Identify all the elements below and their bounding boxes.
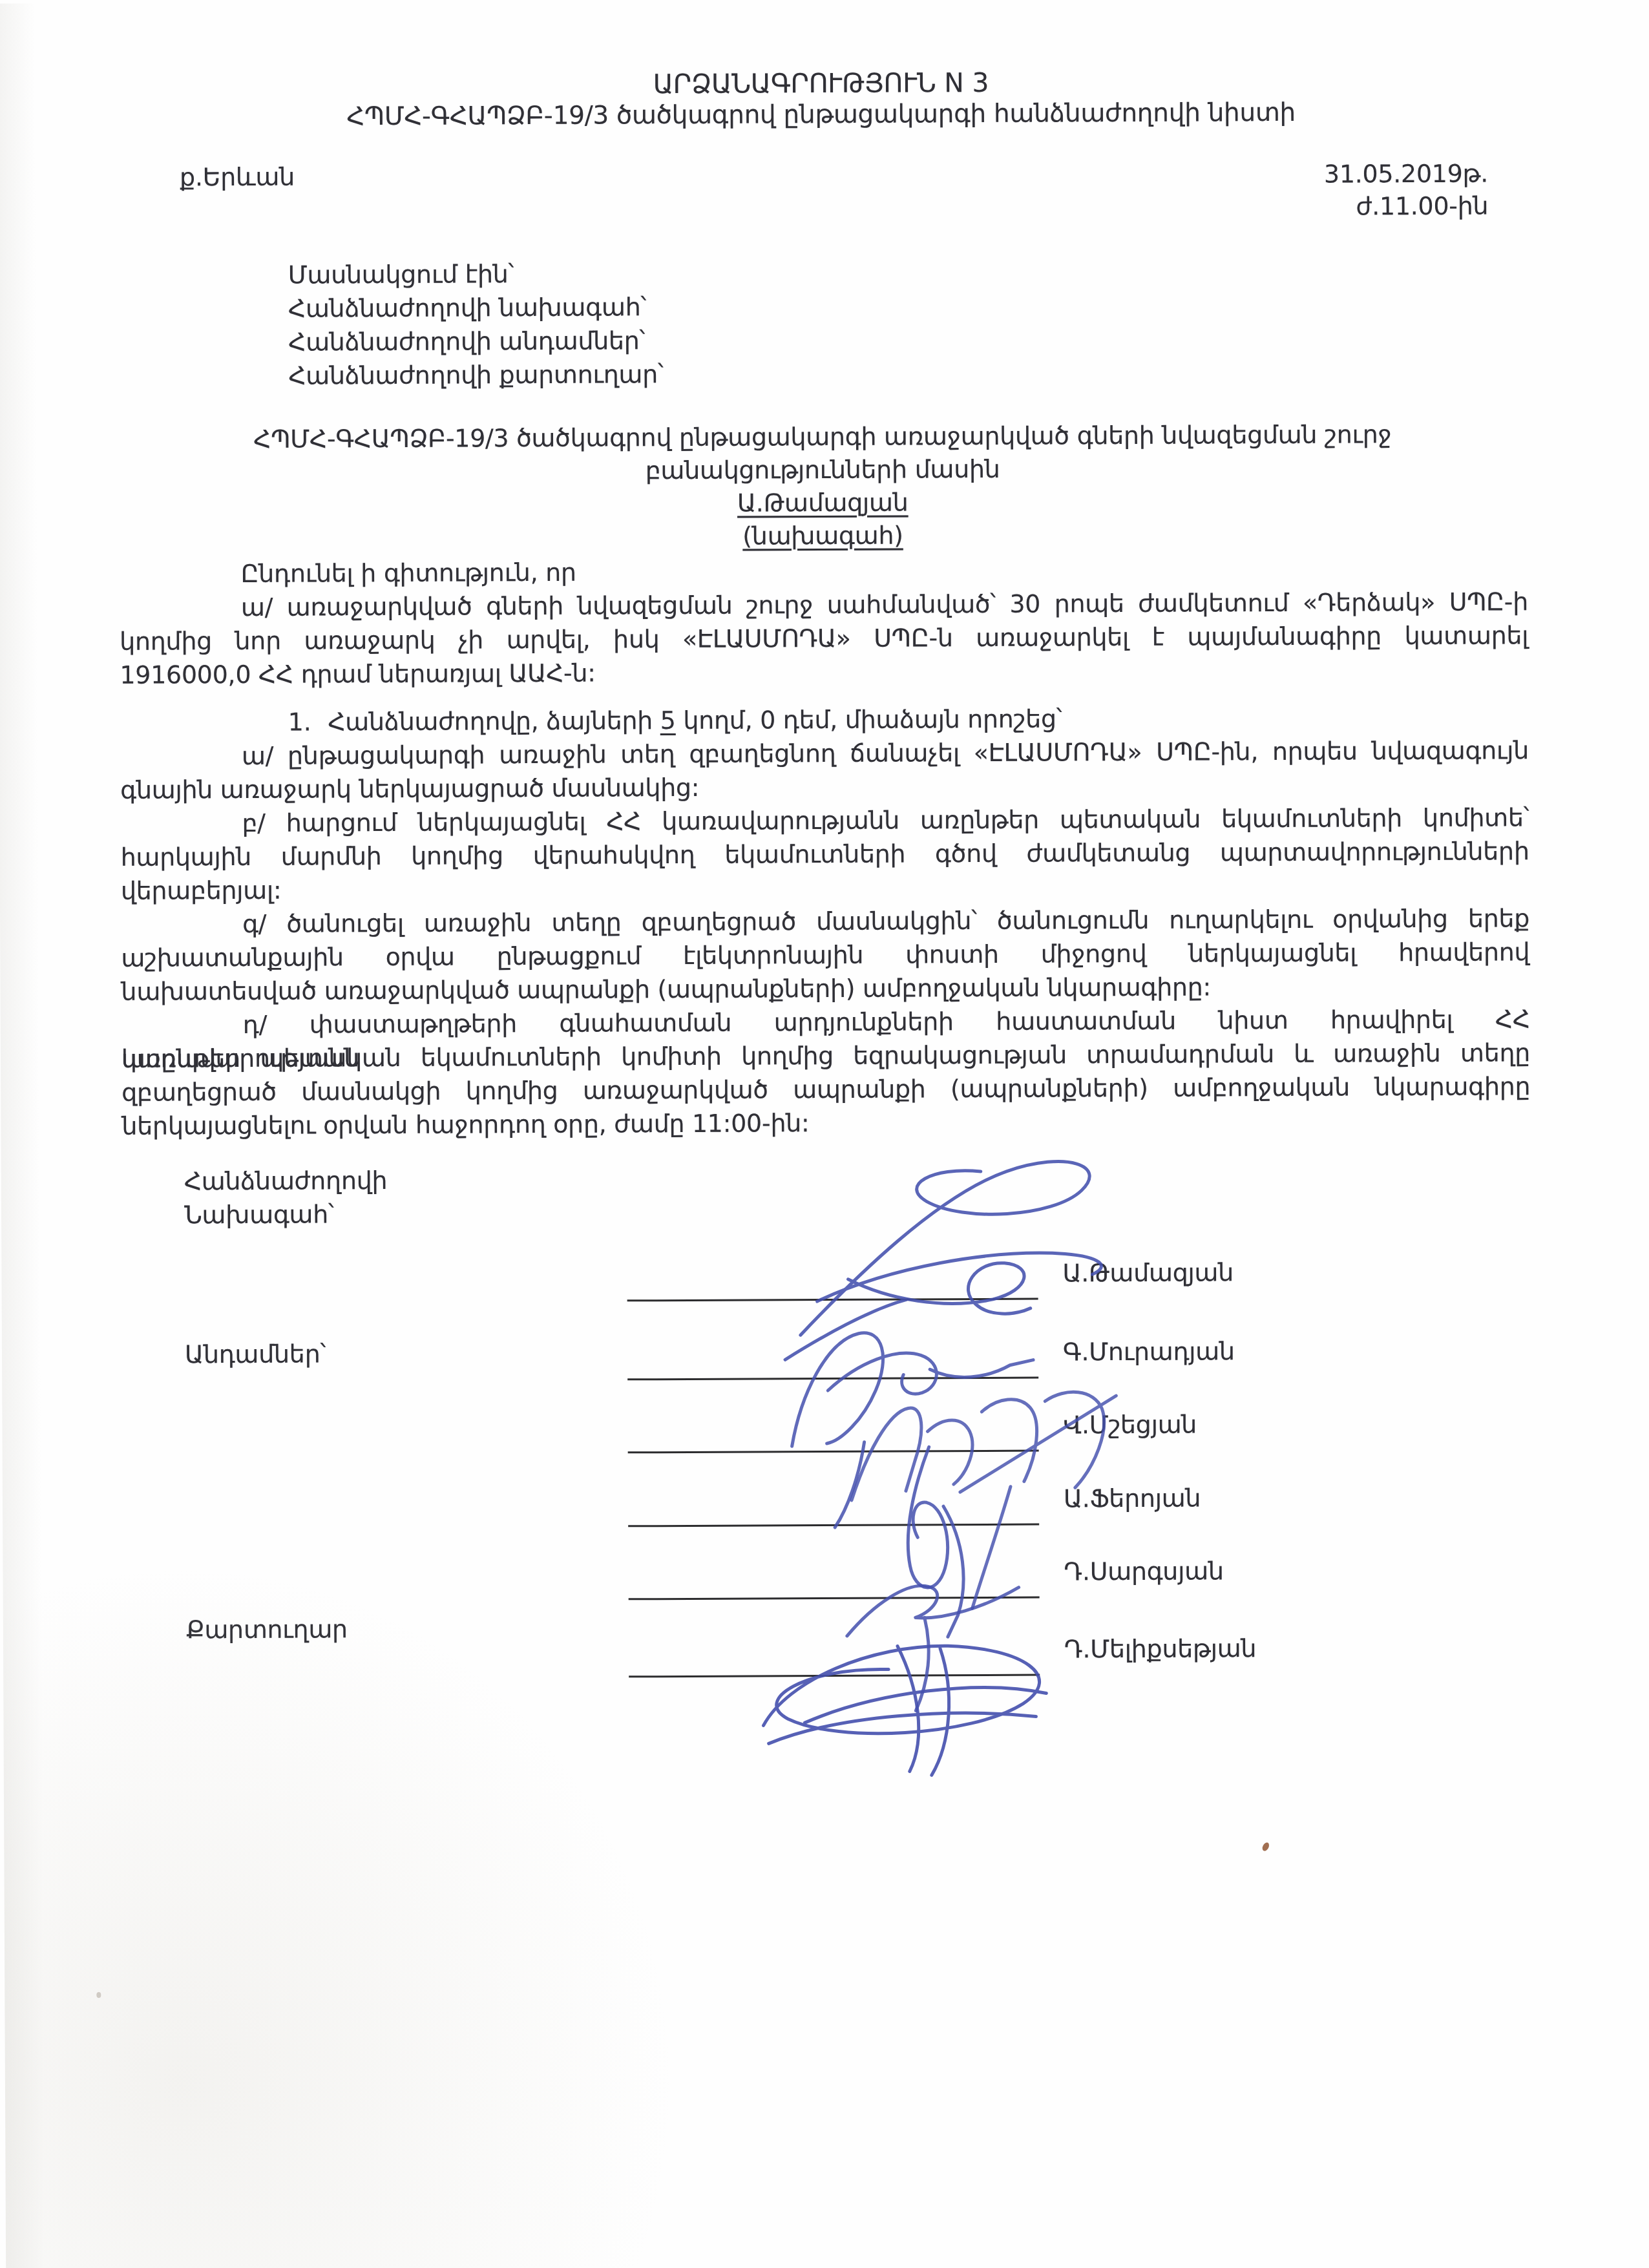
scan-speck	[1261, 1842, 1270, 1853]
subject-block: ՀՊՄՀ-ԳՀԱՊՁԲ-19/3 ծածկագրով ընթացակարգի ա…	[0, 417, 1648, 556]
signature-line-4	[628, 1524, 1039, 1528]
document-city: ք.Երևան	[180, 163, 295, 192]
participant-role-chairman: Հանձնաժողովի նախագահ՝	[288, 290, 663, 326]
scanned-protocol-page: ԱՐՁԱՆԱԳՐՈՒԹՅՈՒՆ N 3 ՀՊՄՀ-ԳՀԱՊՁԲ-19/3 ծած…	[0, 0, 1649, 2268]
decided-d-line1: դ/ փաստաթղթերի գնահատման արդյունքների հա…	[121, 1002, 1530, 1042]
scan-shading-left-edge	[0, 3, 45, 2268]
noted-a-line1: ա/ առաջարկված գների նվազեցման շուրջ սահմ…	[120, 585, 1528, 625]
participants-heading: Մասնակցում էին՝	[288, 257, 663, 292]
participant-role-secretary: Հանձնաժողովի քարտուղար՝	[288, 357, 663, 393]
signature-secretary-label: Քարտուղար	[186, 1612, 348, 1646]
document-datetime: 31.05.2019թ. ժ.11.00-ին	[1324, 158, 1489, 223]
signature-line-5	[629, 1597, 1040, 1601]
decided-d-line2: առընթեր պետական եկամուտների կոմիտի կողմի…	[121, 1036, 1530, 1076]
signature-members-label: Անդամներ՝	[185, 1337, 326, 1371]
decided-b-line2: հարկային մարմնի կողմից վերահսկվող եկամու…	[121, 834, 1529, 874]
signature-line-1	[627, 1298, 1038, 1302]
subject-presenter: Ա.Թամազյան	[737, 488, 909, 517]
decision-votes-for: 5	[660, 706, 676, 735]
subject-presenter-role-row: (նախագահ)	[0, 516, 1648, 556]
subject-presenter-role: (նախագահ)	[742, 521, 903, 550]
body-intro: Ընդունել ի գիտություն, որ	[120, 551, 1528, 591]
decided-g-line2: աշխատանքային օրվա ընթացքում էլեկտրոնային…	[121, 935, 1529, 975]
signature-ink-feroyan	[908, 1447, 964, 1637]
decided-d-line3: զբաղեցրած մասնակցի կողմից առաջարկված ապր…	[121, 1069, 1530, 1109]
decision-text-before: Հանձնաժողովը, ձայների	[328, 706, 653, 736]
participants-block: Մասնակցում էին՝ Հանձնաժողովի նախագահ՝ Հա…	[288, 257, 664, 393]
decided-b-line3: վերաբերյալ:	[121, 868, 1529, 908]
decision-line: 1.Հանձնաժողովը, ձայների 5 կողմ, 0 դեմ, մ…	[120, 700, 1529, 740]
decided-g-line1: գ/ ծանուցել առաջին տեղը զբաղեցրած մասնակ…	[121, 901, 1529, 941]
signature-chairman-label-line2: Նախագահ՝	[184, 1197, 334, 1232]
decided-a-line1: ա/ ընթացակարգի առաջին տեղ զբաղեցնող ճանա…	[120, 733, 1529, 773]
participant-role-members: Հանձնաժողովի անդամներ՝	[288, 324, 663, 359]
signature-line-2	[627, 1377, 1038, 1381]
signer-name-feroyan: Ա.Ֆերոյան	[1064, 1484, 1201, 1513]
scan-shading-bottom-left	[3, 1519, 717, 2268]
signature-line-3	[628, 1450, 1039, 1454]
signature-ink-muradyan	[792, 1332, 1034, 1528]
decision-number: 1.	[288, 708, 311, 736]
noted-a-line2: կողմից նոր առաջարկ չի արվել, իսկ «ԷԼԱՍՄՈ…	[120, 618, 1528, 658]
signature-chairman-label-line1: Հանձնաժողովի	[184, 1164, 388, 1198]
decision-text-after: կողմ, 0 դեմ, միաձայն որոշեց՝	[683, 704, 1062, 735]
decided-d-line4: ներկայացնելու օրվան հաջորդող օրը, ժամը 1…	[121, 1103, 1530, 1143]
decided-g-line3: նախատեսված առաջարկված ապրանքի (ապրանքներ…	[121, 969, 1529, 1009]
document-subtitle: ՀՊՄՀ-ԳՀԱՊՁԲ-19/3 ծածկագրով ընթացակարգի հ…	[0, 95, 1646, 134]
scan-speck	[96, 1992, 101, 1998]
noted-a-line3: 1916000,0 ՀՀ դրամ ներառյալ ԱԱՀ-ն:	[120, 652, 1528, 692]
signer-name-tamazyan: Ա.Թամազյան	[1062, 1258, 1234, 1287]
signature-ink-tamazyan	[784, 1161, 1102, 1360]
decided-a-line2: գնային առաջարկ ներկայացրած մասնակից:	[120, 767, 1529, 807]
signature-line-6	[629, 1674, 1040, 1678]
body-text: Ընդունել ի գիտություն, որ ա/ առաջարկված …	[120, 551, 1531, 1143]
decided-b-line1: բ/ հարցում ներկայացնել ՀՀ կառավարությանն…	[120, 801, 1529, 841]
document-date: 31.05.2019թ.	[1324, 158, 1488, 191]
signer-name-muradyan: Գ.Մուրադյան	[1063, 1337, 1235, 1366]
signer-name-sargsyan: Դ.Սարգսյան	[1064, 1557, 1223, 1586]
signer-name-mshetsyan: Վ.Մշեցյան	[1063, 1410, 1197, 1439]
document-time: ժ.11.00-ին	[1324, 190, 1488, 223]
signer-name-meliksetyan: Դ.Մելիքսեթյան	[1064, 1634, 1256, 1663]
signature-ink-sargsyan	[847, 1586, 1020, 1711]
signature-ink-meliksetyan	[763, 1645, 1047, 1776]
scan-content: ԱՐՁԱՆԱԳՐՈՒԹՅՈՒՆ N 3 ՀՊՄՀ-ԳՀԱՊՁԲ-19/3 ծած…	[0, 0, 1649, 2268]
